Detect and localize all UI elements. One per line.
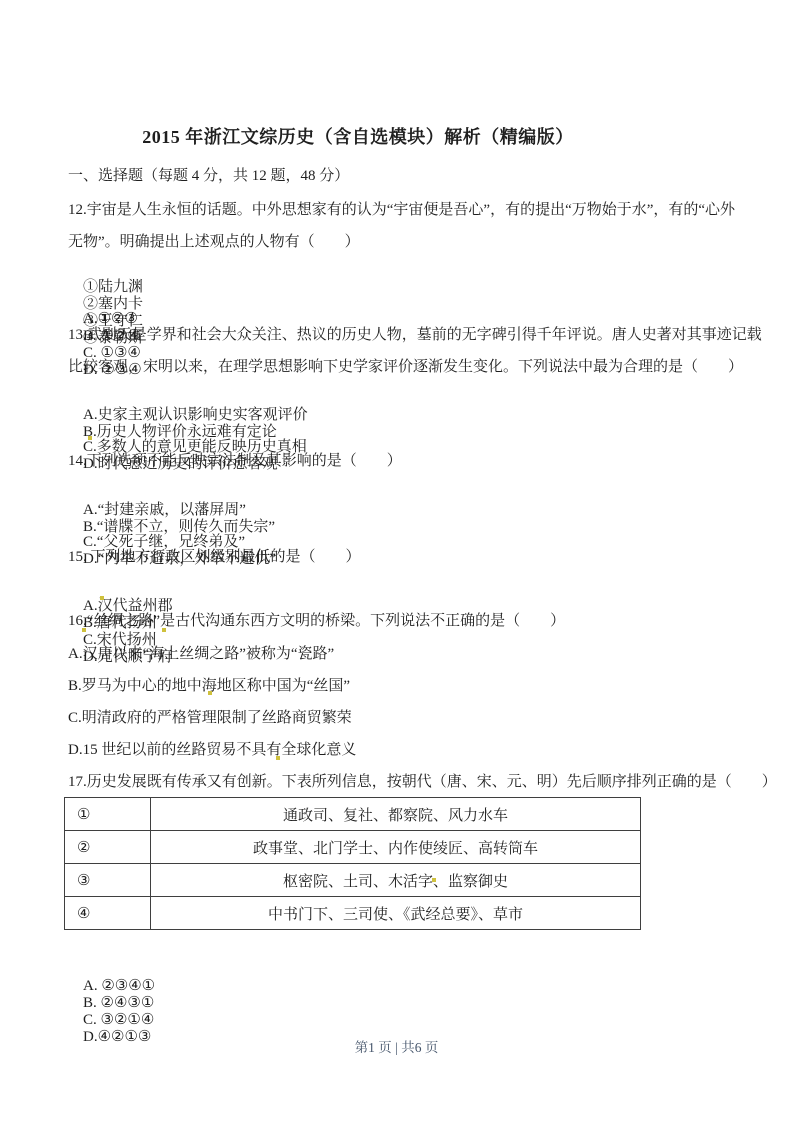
q17-option-c: C. ③②①④	[83, 1012, 154, 1029]
q15-options: A.汉代益州郡 B.唐代扬州 C.宋代扬州 D.元代顺宁府	[68, 581, 196, 683]
table-cell-content: 中书门下、三司使、《武经总要》、草市	[151, 897, 641, 930]
document-page: 2015 年浙江文综历史（含自选模块）解析（精编版） 一、选择题（每题 4 分，…	[0, 0, 793, 1122]
table-cell-number: ③	[65, 864, 151, 897]
highlight-dot	[162, 628, 166, 632]
q17-table: ① 通政司、复社、都察院、风力水车 ② 政事堂、北门学士、内作使绫匠、高转筒车 …	[64, 797, 641, 930]
section-heading: 一、选择题（每题 4 分，共 12 题，48 分）	[68, 168, 349, 185]
q12-stem-line1: 12.宇宙是人生永恒的话题。中外思想家有的认为“宇宙便是吾心”，有的提出“万物始…	[68, 202, 735, 219]
q16-option-c: C.明清政府的严格管理限制了丝路商贸繁荣	[68, 710, 352, 727]
table-cell-number: ④	[65, 897, 151, 930]
highlight-dot	[88, 436, 92, 440]
q16-option-a: A.汉唐以来“海上丝绸之路”被称为“瓷路”	[68, 646, 334, 663]
table-cell-number: ②	[65, 831, 151, 864]
table-cell-number: ①	[65, 798, 151, 831]
q12-option-a: A.①②③	[83, 311, 138, 328]
q17-option-a: A. ②③④①	[83, 978, 155, 995]
highlight-dot	[82, 628, 86, 632]
highlight-dot	[208, 691, 212, 695]
q16-option-d: D.15 世纪以前的丝路贸易不具有全球化意义	[68, 742, 356, 759]
q12-options: A.①②③ B. ①②④ C. ①③④ D. ②③④	[68, 294, 166, 396]
q14-stem: 14.下列选项不能反映宗法制及其影响的是（ ）	[68, 453, 402, 470]
table-row: ① 通政司、复社、都察院、风力水车	[65, 798, 641, 831]
q16-stem: 16.“丝绸之路”是古代沟通东西方文明的桥梁。下列说法不正确的是（ ）	[68, 613, 565, 630]
table-row: ③ 枢密院、土司、木活字、监察御史	[65, 864, 641, 897]
table-cell-content: 枢密院、土司、木活字、监察御史	[151, 864, 641, 897]
highlight-dot	[432, 878, 436, 882]
table-cell-content: 政事堂、北门学士、内作使绫匠、高转筒车	[151, 831, 641, 864]
q17-option-b: B. ②④③①	[83, 995, 154, 1012]
q17-stem: 17.历史发展既有传承又有创新。下表所列信息，按朝代（唐、宋、元、明）先后顺序排…	[68, 774, 777, 791]
table-cell-content: 通政司、复社、都察院、风力水车	[151, 798, 641, 831]
document-title: 2015 年浙江文综历史（含自选模块）解析（精编版）	[0, 123, 716, 149]
q13-stem-line2: 比较客观，宋明以来，在理学思想影响下史学家评价逐渐发生变化。下列说法中最为合理的…	[68, 359, 743, 376]
q13-stem-line1: 13.武则天是学界和社会大众关注、热议的历史人物，墓前的无字碑引得千年评说。唐人…	[68, 327, 762, 344]
q15-stem: 15. 下列地方行政区划级别最低的是（ ）	[68, 549, 361, 566]
highlight-dot	[100, 596, 104, 600]
table-row: ④ 中书门下、三司使、《武经总要》、草市	[65, 897, 641, 930]
page-footer: 第1 页 | 共6 页	[0, 1036, 793, 1056]
q12-stem-line2: 无物”。明确提出上述观点的人物有（ ）	[68, 234, 360, 251]
highlight-dot	[276, 756, 280, 760]
table-row: ② 政事堂、北门学士、内作使绫匠、高转筒车	[65, 831, 641, 864]
